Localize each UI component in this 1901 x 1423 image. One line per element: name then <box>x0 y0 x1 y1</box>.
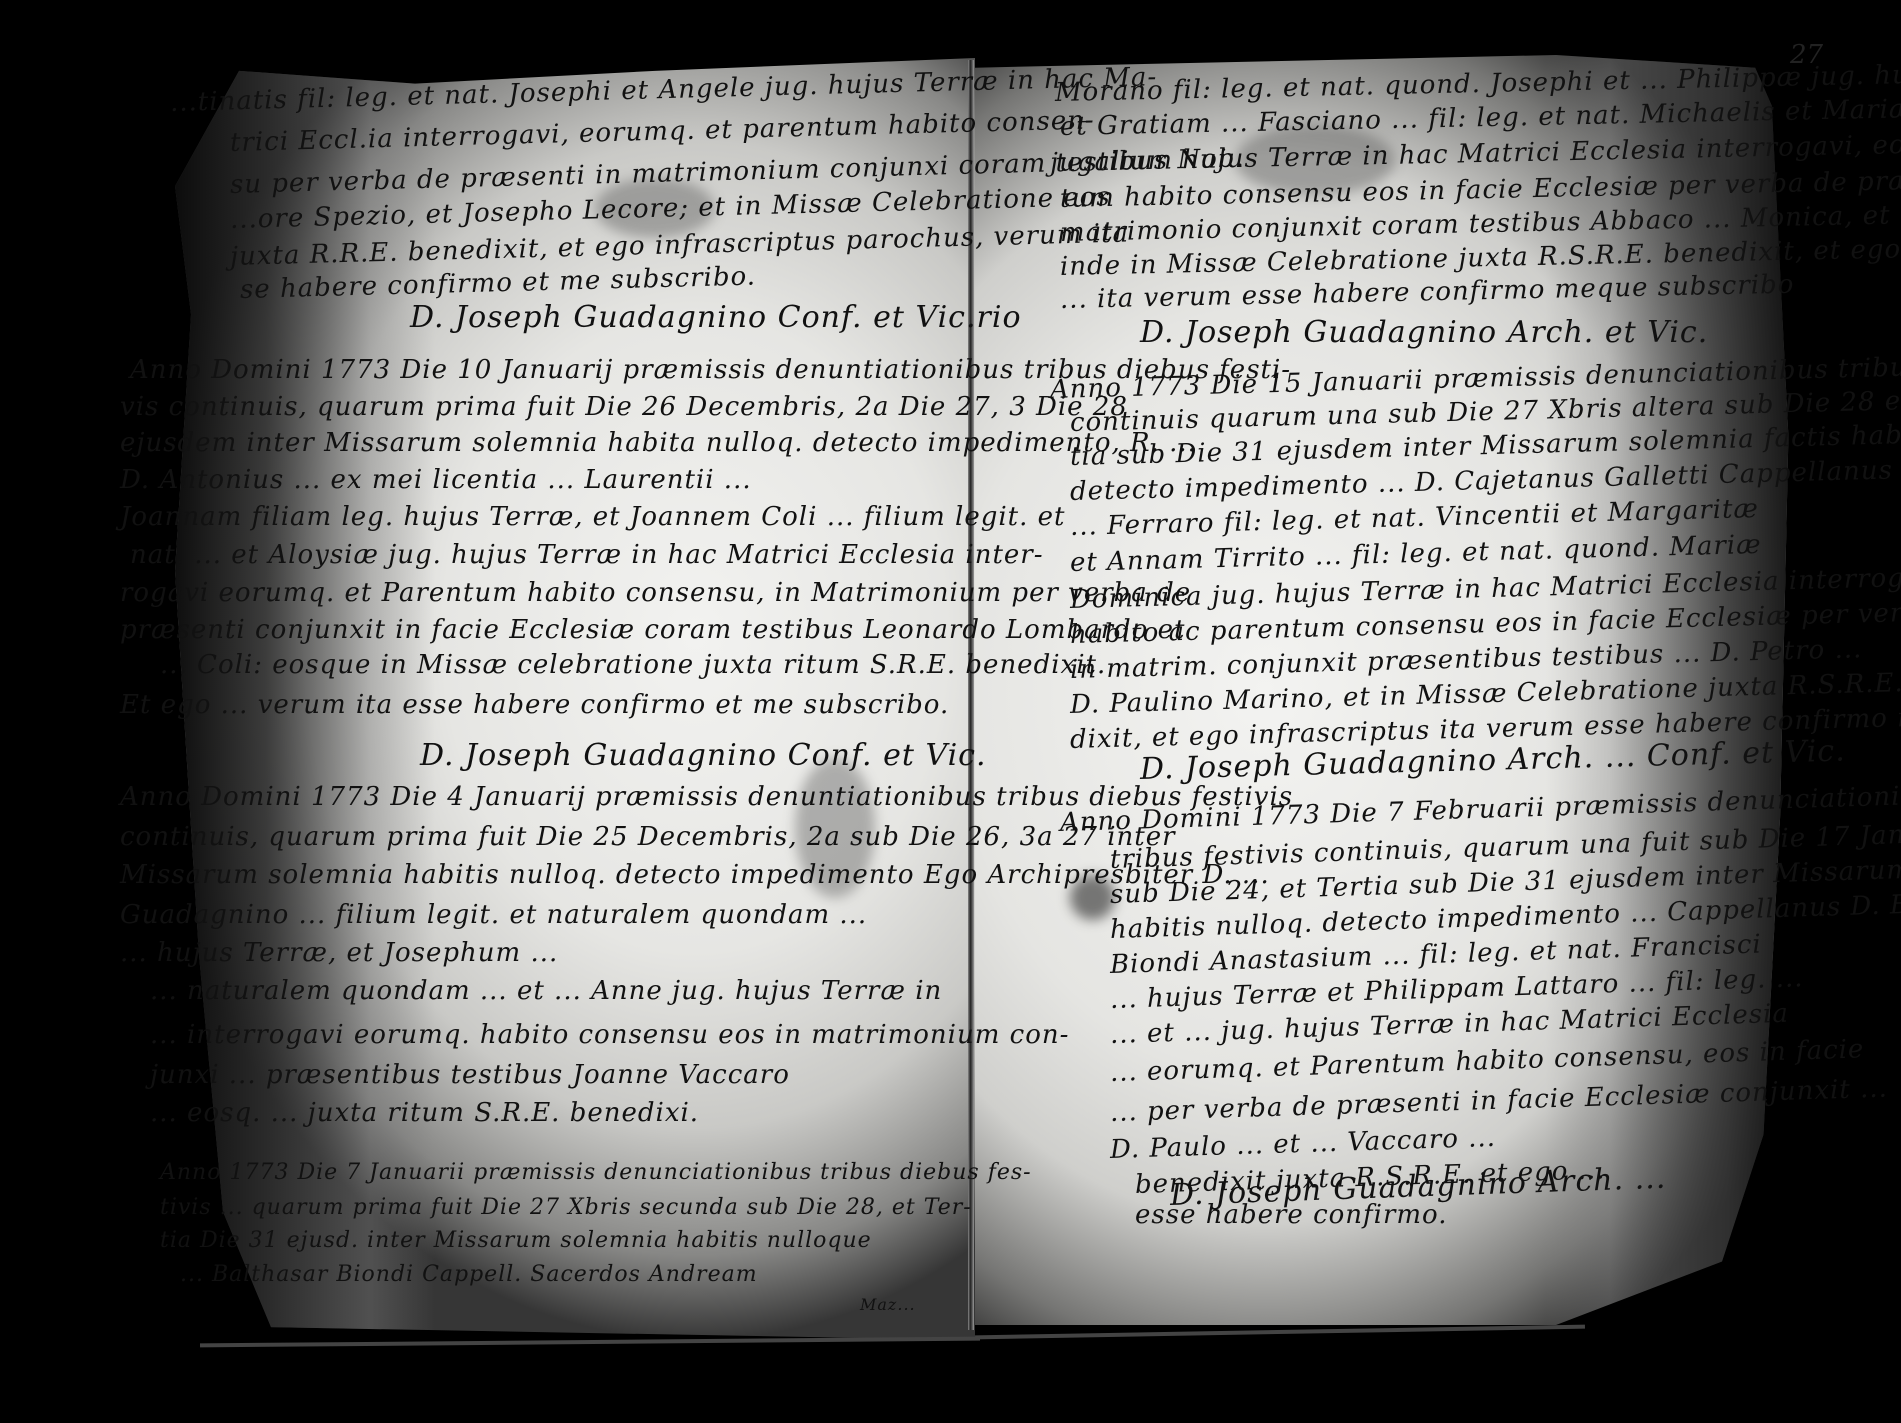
manuscript-scan: 27 ...tinatis fil: leg. et nat. Josephi … <box>0 0 1901 1423</box>
text-line: ... hujus Terræ, et Josephum ... <box>120 938 558 968</box>
text-line: vis continuis, quarum prima fuit Die 26 … <box>120 392 1128 422</box>
text-line: ejusdem inter Missarum solemnia habita n… <box>120 428 1197 458</box>
text-line: nat. ... et Aloysiæ jug. hujus Terræ in … <box>130 540 1044 570</box>
text-line: præsenti conjunxit in facie Ecclesiæ cor… <box>120 615 1185 645</box>
text-line: ... naturalem quondam ... et ... Anne ju… <box>150 976 942 1006</box>
text-line: ... Coli: eosque in Missæ celebratione j… <box>160 650 1106 680</box>
priest-signature: D. Joseph Guadagnino Conf. et Vic.rio <box>410 300 1022 335</box>
catchword: Maz... <box>860 1295 916 1314</box>
text-line: Et ego ... verum ita esse habere confirm… <box>120 690 949 720</box>
text-line: Guadagnino ... filium legit. et naturale… <box>120 900 867 930</box>
text-line: D. Antonius ... ex mei licentia ... Laur… <box>120 465 752 495</box>
text-line: tia Die 31 ejusd. inter Missarum solemni… <box>160 1228 872 1253</box>
text-line: rogavi eorumq. et Parentum habito consen… <box>120 578 1191 608</box>
priest-signature: D. Joseph Guadagnino Arch. et Vic. <box>1140 315 1708 350</box>
page-bottom-edge <box>200 1337 980 1348</box>
text-line: ... interrogavi eorumq. habito consensu … <box>150 1020 1069 1050</box>
text-line: tivis ... quarum prima fuit Die 27 Xbris… <box>160 1195 972 1220</box>
text-line: Joannam filiam leg. hujus Terræ, et Joan… <box>120 502 1065 532</box>
priest-signature: D. Joseph Guadagnino Conf. et Vic. <box>420 738 987 773</box>
text-line: junxi ... præsentibus testibus Joanne Va… <box>150 1060 790 1090</box>
page-bottom-edge <box>975 1325 1585 1340</box>
text-line: continuis, quarum prima fuit Die 25 Dece… <box>120 822 1176 852</box>
text-line: Missarum solemnia habitis nulloq. detect… <box>120 860 1270 890</box>
text-line: ... eosq. ... juxta ritum S.R.E. benedix… <box>150 1098 699 1128</box>
text-line: ... Balthasar Biondi Cappell. Sacerdos A… <box>180 1262 758 1287</box>
entry-heading: Anno 1773 Die 7 Januarii præmissis denun… <box>160 1160 1032 1185</box>
